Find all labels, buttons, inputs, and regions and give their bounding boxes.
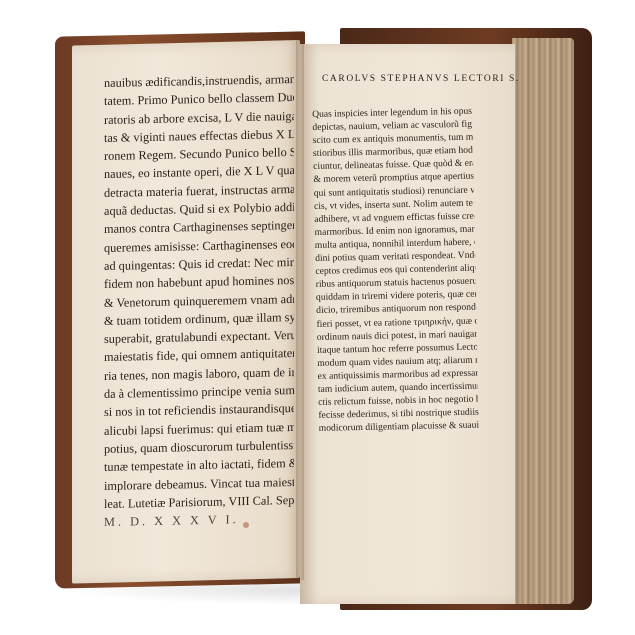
page-fore-edge	[512, 38, 574, 604]
left-page-text: nauibus ædificandis,instruendis, armandi…	[104, 70, 294, 531]
right-page-text: Quas inspicies inter legendum in his opu…	[312, 105, 479, 436]
photo-scene: nauibus ædificandis,instruendis, armandi…	[0, 0, 635, 635]
running-head: CAROLVS STEPHANVS LECTORI S.	[322, 74, 520, 84]
book-gutter	[296, 40, 304, 580]
